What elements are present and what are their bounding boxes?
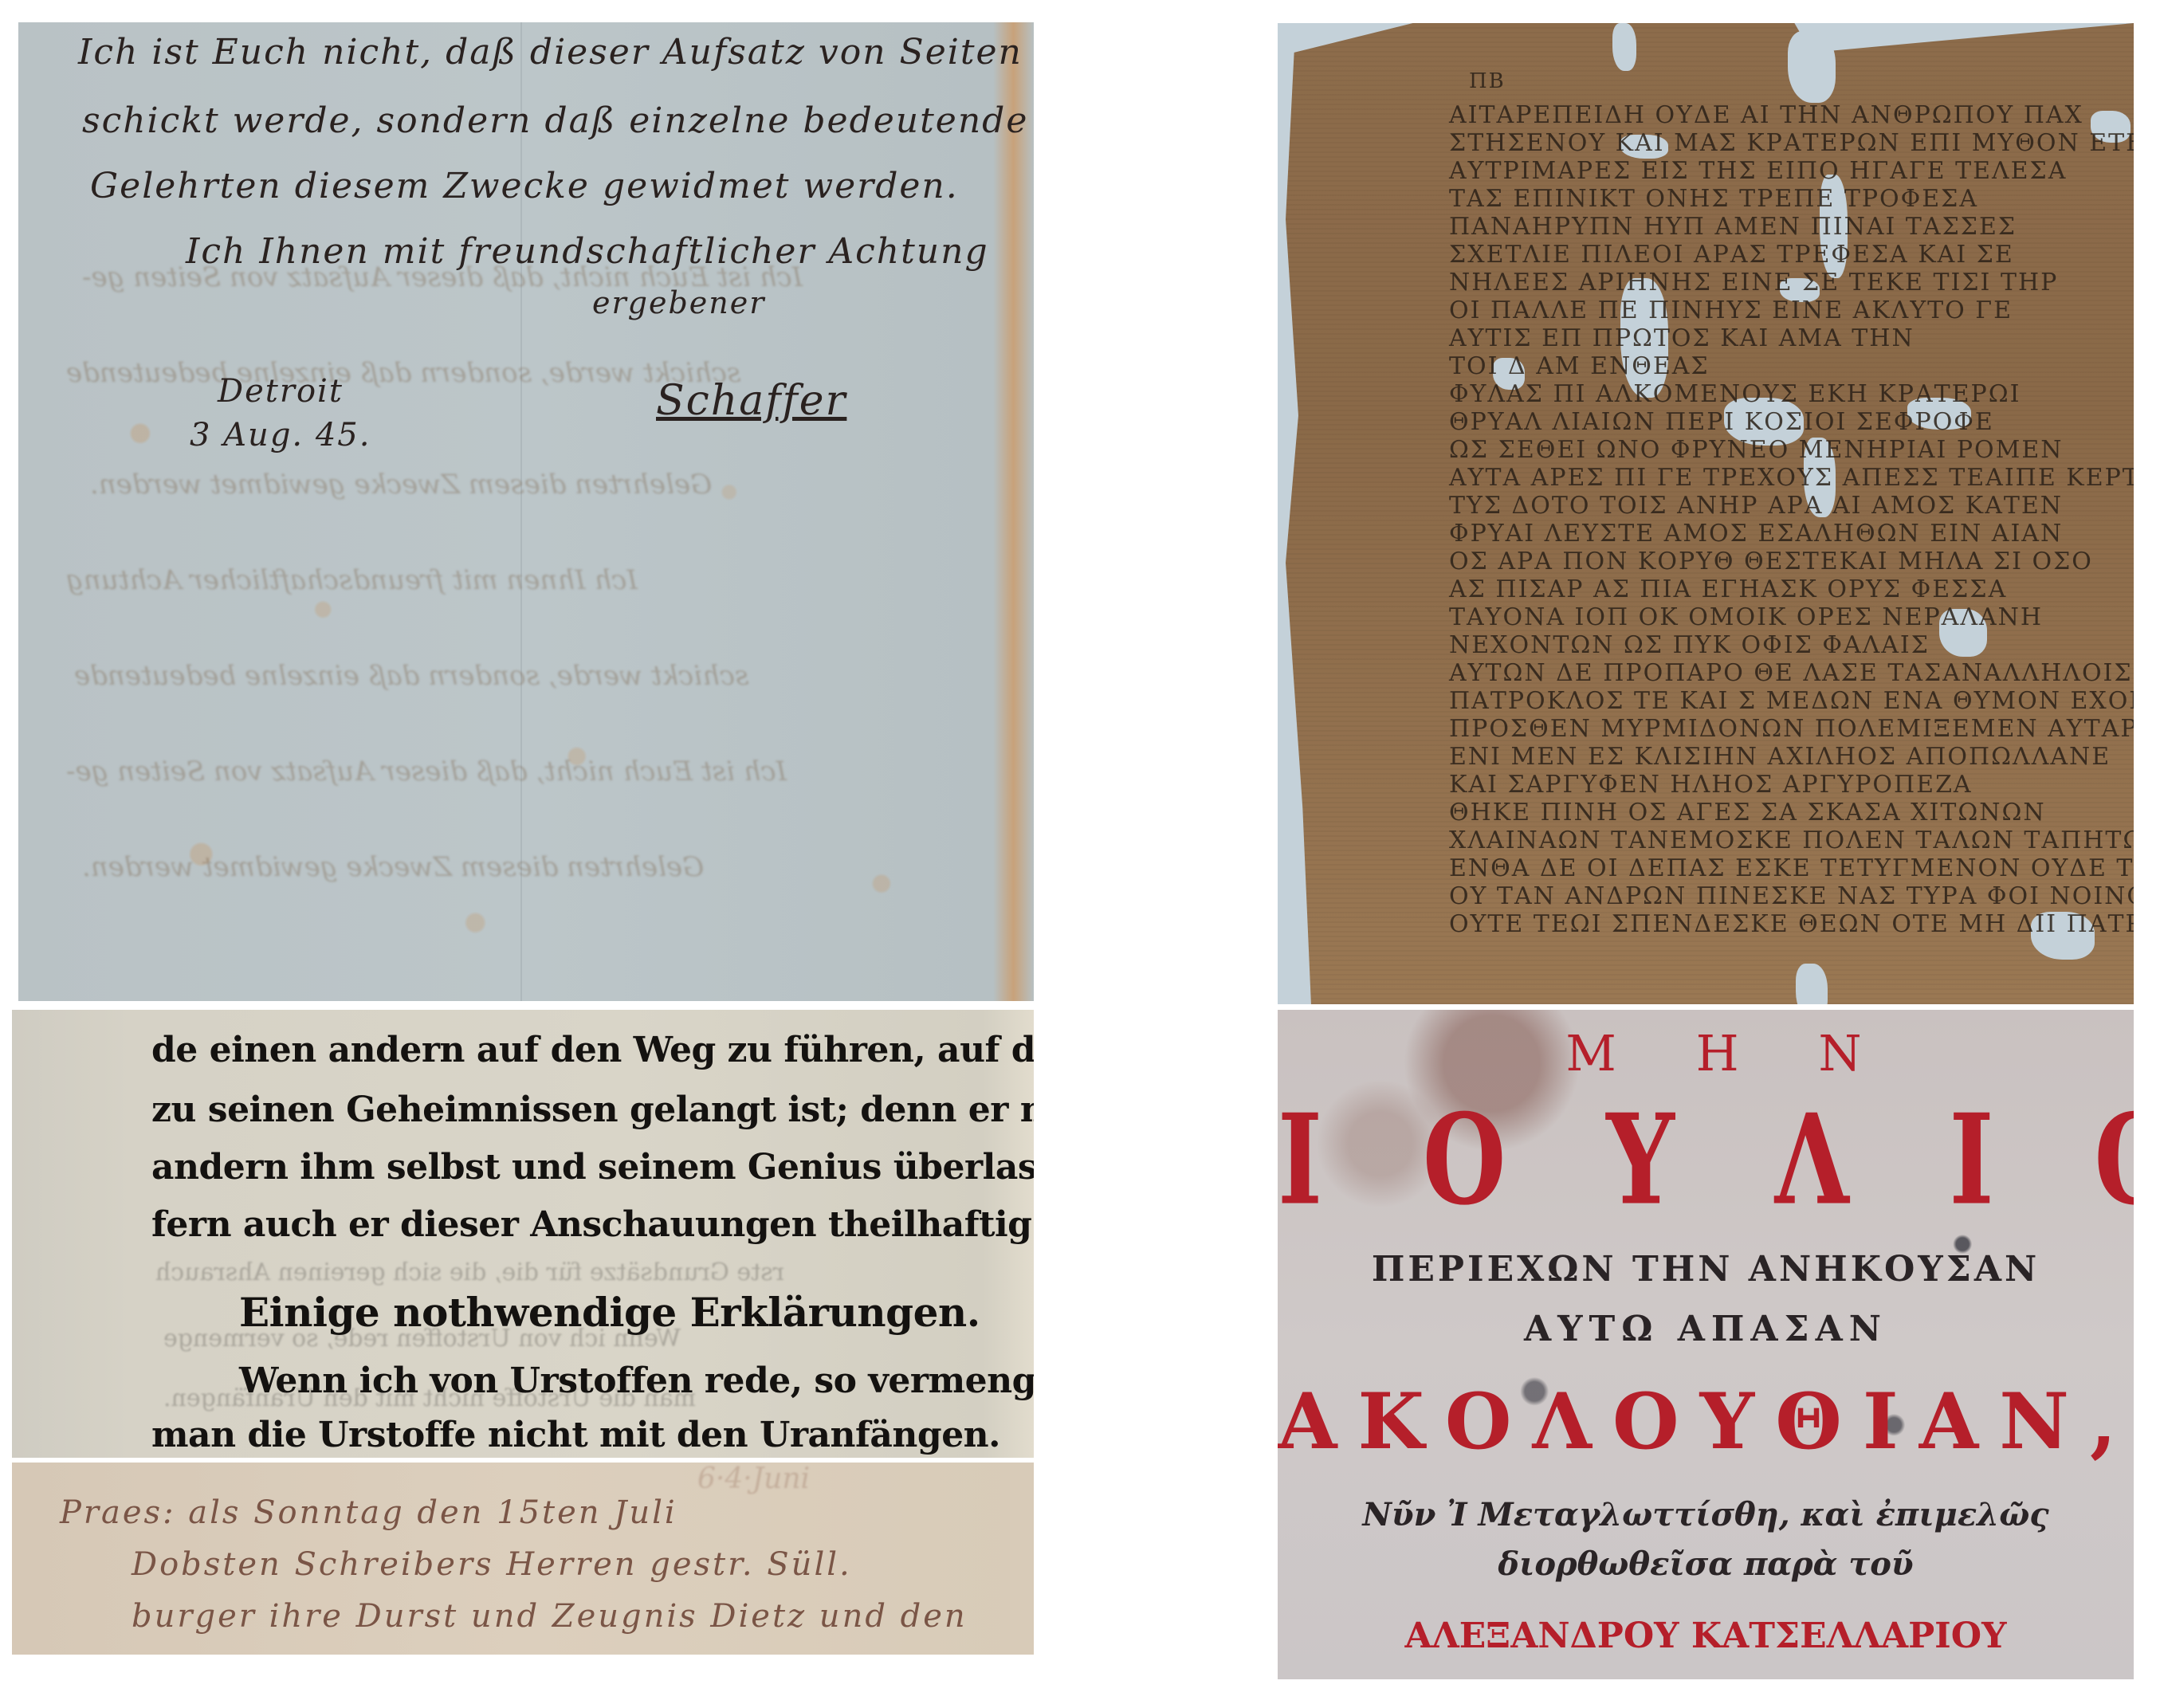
papyrus-line: ΟΥ ΤΑΝ ΑΝΔΡΩΝ ΠΙΝΕΣΚΕ ΝΑΣ ΤΥΡΑ ΦΟΙ ΝΟΙΝΟ… (1449, 882, 2134, 910)
papyrus-line: ΟΥΤΕ ΤΕΩΙ ΣΠΕΝΔΕΣΚΕ ΘΕΩΝ ΟΤΕ ΜΗ ΔΙΙ ΠΑΤΡ… (1449, 910, 2134, 938)
papyrus-line: ΠΡΟΣΘΕΝ ΜΥΡΜΙΔΟΝΩΝ ΠΟΛΕΜΙΞΕΜΕΝ ΑΥΤΑΡ (1449, 715, 2134, 743)
bleedthrough-text: Ich ist Euch nicht, daß dieser Aufsatz v… (66, 756, 787, 787)
bleedthrough-text: schickt werde, sondern daß einzelne bede… (74, 660, 748, 692)
letter-closing: Ich Ihnen mit freundschaftlicher Achtung (186, 231, 989, 272)
papyrus-hole (1612, 23, 1636, 71)
papyrus-line: ΕΝΘΑ ΔΕ ΟΙ ΔΕΠΑΣ ΕΣΚΕ ΤΕΤΥΓΜΕΝΟΝ ΟΥΔΕ ΤΙ… (1449, 854, 2134, 882)
papyrus-hole (1278, 740, 1300, 900)
papyrus-line: ΤΟΙ Δ ΑΜ ΕΝΘΕΑΣ (1449, 352, 1710, 380)
papyrus-line: ΝΗΛΕΕΣ ΑΡΙΗΝΗΣ ΕΙΝΕ ΣΕ ΤΕΚΕ ΤΙΣΙ ΤΗΡ (1449, 269, 2058, 296)
title-line-periechon: ΠΕΡΙΕΧΩΝ ΤΗΝ ΑΝΗΚΟΥΣΑΝ (1278, 1249, 2134, 1290)
letter-line-3: Gelehrten diesem Zwecke gewidmet werden. (90, 166, 959, 206)
fraktur-heading: Einige nothwendige Erklärungen. (239, 1289, 980, 1336)
papyrus-line: ΠΑΤΡΟΚΛΟΣ ΤΕ ΚΑΙ Σ ΜΕΔΩΝ ΕΝΑ ΘΥΜΟΝ ΕΧΟΝΤ… (1449, 687, 2134, 715)
papyrus-line: ΠΑΝΑΗΡΥΠΝ ΗΥΠ ΑΜΕΝ ΠΙΝΑΙ ΤΑΣΣΕΣ (1449, 213, 2017, 241)
title-line-men: Μ Η Ν (1278, 1024, 2134, 1082)
letter-closing-ergebener: ergebener (592, 285, 765, 320)
handwriting-line-3: burger ihre Durst und Zeugnis Dietz und … (132, 1598, 968, 1635)
papyrus-line: ΣΧΕΤΛΙΕ ΠΙΛΕΟΙ ΑΡΑΣ ΤΡΕΦΕΣΑ ΚΑΙ ΣΕ (1449, 241, 2014, 269)
papyrus-line: ΤΑΥΟΝΑ ΙΟΠ ΟΚ ΟΜΟΙΚ ΟΡΕΣ ΝΕΡΑΛΑΝΗ (1449, 603, 2043, 631)
fraktur-line-3: andern ihm selbst und seinem Genius über… (151, 1147, 1034, 1188)
papyrus-line: ΑΥΤΩΝ ΔΕ ΠΡΟΠΑΡΟ ΘΕ ΛΑΣΕ ΤΑΣΑΝΑΛΛΗΛΟΙΣΙΝ (1449, 659, 2134, 687)
papyrus-line: ΑΙΤΑΡΕΠΕΙΔΗ ΟΥΔΕ ΑΙ ΤΗΝ ΑΝΘΡΩΠΟΥ ΠΑΧ (1449, 101, 2083, 129)
papyrus-line: ΟΙ ΠΑΛΛΕ ΠΕ ΠΙΝΗΥΣ ΕΙΝΕ ΑΚΛΥΤΟ ΓΕ (1449, 296, 2013, 324)
papyrus-line: ΝΕΧΟΝΤΩΝ ΩΣ ΠΥΚ ΟΦΙΣ ΦΑΛΑΙΣ (1449, 631, 1930, 659)
title-line-akolouthian: ΑΚΟΛΟΥΘΙΑΝ, (1278, 1376, 2134, 1467)
greek-papyrus-image: ΠΒ ΑΙΤΑΡΕΠΕΙΔΗ ΟΥΔΕ ΑΙ ΤΗΝ ΑΝΘΡΩΠΟΥ ΠΑΧ … (1278, 23, 2134, 1004)
letter-place: Detroit (218, 373, 344, 410)
title-line-subtitle-2: διορθωθεῖσα παρὰ τοῦ (1278, 1545, 2134, 1583)
fraktur-line-1: de einen andern auf den Weg zu führen, a… (151, 1030, 1034, 1070)
fraktur-paragraph-line-2: man die Urstoffe nicht mit den Uranfänge… (151, 1415, 1000, 1455)
papyrus-hole (1788, 31, 1836, 103)
letter-date: 3 Aug. 45. (190, 417, 371, 454)
papyrus-line: ΦΡΥΑΙ ΛΕΥΣΤΕ ΑΜΟΣ ΕΣΑΛΗΘΩΝ ΕΙΝ ΑΙΑΝ (1449, 520, 2063, 548)
papyrus-line: ΘΡΥΑΛ ΛΙΑΙΩΝ ΠΕΡΙ ΚΟΣΙΟΙ ΣΕΦΡΟΦΕ (1449, 408, 1994, 436)
bleedthrough-text: 6·4·Juni (697, 1463, 810, 1495)
bleedthrough-text: Ich Ihnen mit freundschaftlicher Achtung (66, 564, 638, 596)
title-line-auto: ΑΥΤΩ ΑΠΑΣΑΝ (1278, 1309, 2134, 1349)
fraktur-line-4: fern auch er dieser Anschauungen theilha… (151, 1204, 1034, 1245)
papyrus-hole (1796, 964, 1828, 1004)
bleedthrough-text: rste Grundsätze für die, die sich gerein… (155, 1258, 784, 1286)
papyrus-line: ΘΗΚΕ ΠΙΝΗ ΟΣ ΑΓΕΣ ΣΑ ΣΚΑΣΑ ΧΙΤΩΝΩΝ (1449, 799, 2046, 827)
papyrus-line: ΤΑΣ ΕΠΙΝΙΚΤ ΟΝΗΣ ΤΡΕΠΕ ΤΡΟΦΕΣΑ (1449, 185, 1978, 213)
handwriting-line-2: Dobsten Schreibers Herren gestr. Süll. (132, 1546, 852, 1583)
title-line-month: Ι Ο Υ Λ Ι Ο Σ (1278, 1087, 2134, 1233)
papyrus-line: ΣΤΗΣΕΝΟΥ ΚΑΙ ΜΑΣ ΚΡΑΤΕΡΩΝ ΕΠΙ ΜΥΘΟΝ ΕΤΕΛ… (1449, 129, 2134, 157)
papyrus-page-mark: ΠΒ (1469, 69, 1506, 93)
title-line-subtitle-1: Νῦν Ἰ Μεταγλωττίσθη, καὶ ἐπιμελῶς (1278, 1496, 2134, 1533)
bleedthrough-text: schickt werde, sondern daß einzelne bede… (66, 357, 740, 389)
handwriting-line-1: Praes: als Sonntag den 15ten Juli (60, 1494, 677, 1531)
papyrus-line: ΑΥΤΡΙΜΑΡΕΣ ΕΙΣ ΤΗΣ ΕΙΠΟ ΗΓΑΓΕ ΤΕΛΕΣΑ (1449, 157, 2067, 185)
papyrus-line: ΑΣ ΠΙΣΑΡ ΑΣ ΠΙΑ ΕΓΗΑΣΚ ΟΡΥΣ ΦΕΣΣΑ (1449, 575, 2007, 603)
brown-handwriting-image: 6·4·Juni Praes: als Sonntag den 15ten Ju… (12, 1463, 1034, 1655)
greek-print-title-image: Μ Η Ν Ι Ο Υ Λ Ι Ο Σ ΠΕΡΙΕΧΩΝ ΤΗΝ ΑΝΗΚΟΥΣ… (1278, 1010, 2134, 1679)
title-line-author: ΑΛΕΞΑΝΔΡΟΥ ΚΑΤΣΕΛΛΑΡΙΟΥ (1278, 1616, 2134, 1656)
bleedthrough-text: Gelehrten diesem Zwecke gewidmet werden. (90, 469, 712, 501)
bleedthrough-text: Gelehrten diesem Zwecke gewidmet werden. (82, 851, 704, 883)
papyrus-line: ΑΥΤΙΣ ΕΠ ΠΡΩΤΟΣ ΚΑΙ ΑΜΑ ΤΗΝ (1449, 324, 1915, 352)
papyrus-line: ΧΛΑΙΝΑΩΝ ΤΑΝΕΜΟΣΚΕ ΠΟΛΕΝ ΤΑΛΩΝ ΤΑΠΗΤΩΝ (1449, 827, 2134, 854)
letter-signature: Schaffer (656, 377, 846, 425)
papyrus-line: ΑΥΤΑ ΑΡΕΣ ΠΙ ΓΕ ΤΡΕΧΟΥΣ ΑΠΕΣΣ ΤΕΑΙΠΕ ΚΕΡ… (1449, 464, 2134, 492)
papyrus-line: ΩΣ ΣΕΘΕΙ ΩΝΟ ΦΡΥΝΕΟ ΜΕΝΗΡΙΑΙ ΡΟΜΕΝ (1449, 436, 2064, 464)
letter-blue-paper-image: Ich ist Euch nicht, daß dieser Aufsatz v… (18, 22, 1034, 1001)
papyrus-line: ΦΥΛΑΣ ΠΙ ΑΛΚΟΜΕΝΟΥΣ ΕΚΗ ΚΡΑΤΕΡΩΙ (1449, 380, 2021, 408)
papyrus-line: ΚΑΙ ΣΑΡΓΥΦΕΝ ΗΛΗΟΣ ΑΡΓΥΡΟΠΕΖΑ (1449, 771, 1973, 799)
papyrus-line: ΕΝΙ ΜΕΝ ΕΣ ΚΛΙΣΙΗΝ ΑΧΙΛΗΟΣ ΑΠΟΠΩΛΛΑΝΕ (1449, 743, 2111, 771)
letter-line-1: Ich ist Euch nicht, daß dieser Aufsatz v… (78, 32, 1034, 73)
fraktur-print-image: rste Grundsätze für die, die sich gerein… (12, 1010, 1034, 1458)
papyrus-line: ΤΥΣ ΔΟΤΟ ΤΟΙΣ ΑΝΗΡ ΑΡΑ ΑΙ ΑΜΟΣ ΚΑΤΕΝ (1449, 492, 2063, 520)
fraktur-line-2: zu seinen Geheimnissen gelangt ist; denn… (151, 1090, 1034, 1130)
fraktur-paragraph-line-1: Wenn ich von Urstoffen rede, so vermenge (239, 1361, 1034, 1401)
letter-line-2: schickt werde, sondern daß einzelne bede… (82, 100, 1028, 141)
papyrus-line: ΟΣ ΑΡΑ ΠΟΝ ΚΟΡΥΘ ΘΕΣΤΕΚΑΙ ΜΗΛΑ ΣΙ ΟΣΟ (1449, 548, 2093, 575)
